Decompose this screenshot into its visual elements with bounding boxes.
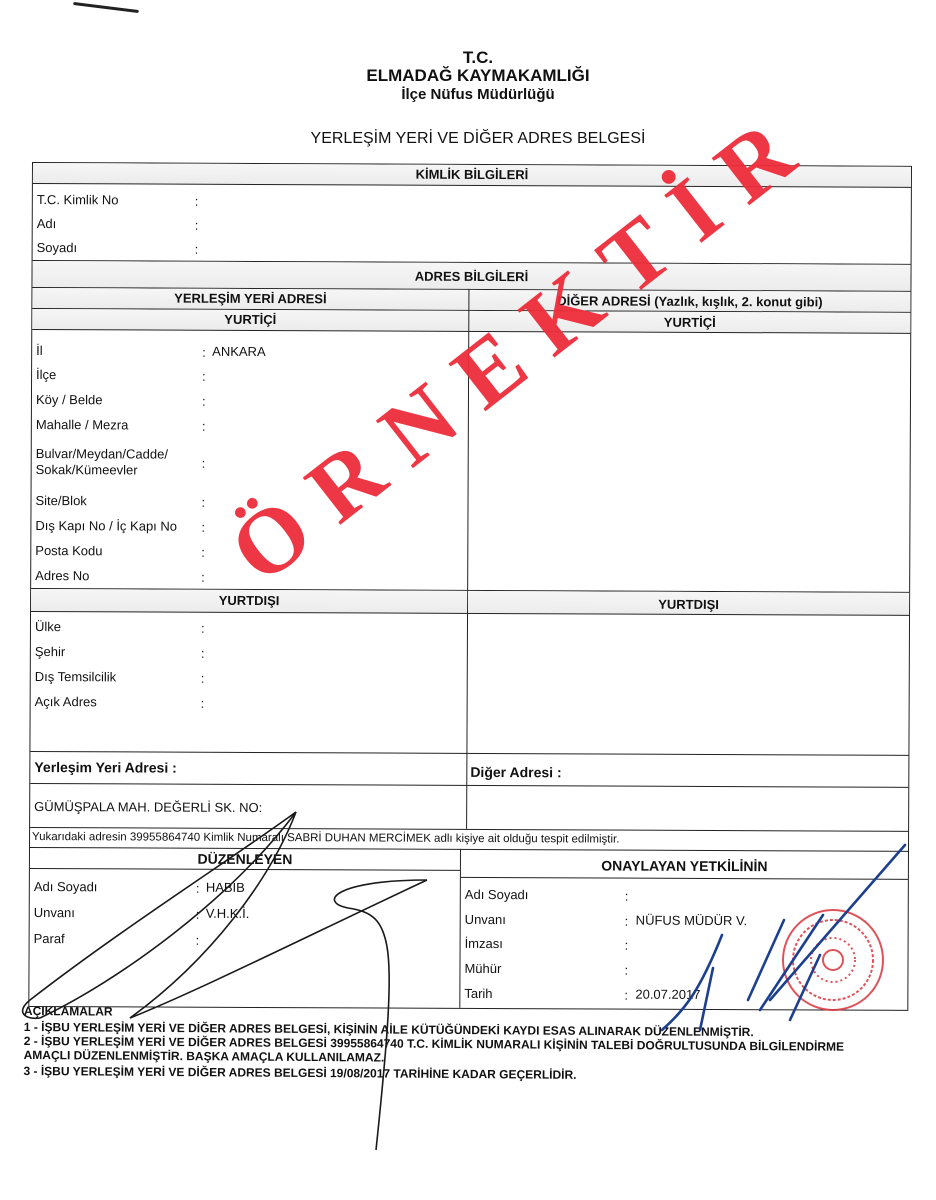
residence-domestic-title: YURTİÇİ [32,309,468,331]
colon: : [201,545,205,560]
prepared-by-title: DÜZENLEYEN [30,848,460,870]
colon: : [196,933,200,948]
colon: : [201,570,205,585]
residence-abroad-title: YURTDIŞI [31,589,467,613]
header-directorate: İlçe Nüfus Müdürlüğü [10,86,936,103]
domestic-field-value: ANKARA [212,344,266,359]
approved-field-label: Mühür [464,961,501,976]
abroad-field-label: Şehir [35,644,65,659]
other-address-label: Diğer Adresi : [470,764,561,780]
colon: : [625,889,629,904]
colon: : [201,495,205,510]
colon: : [201,621,205,636]
colon: : [202,419,206,434]
colon: : [625,938,629,953]
domestic-field-label: Mahalle / Mezra [36,417,129,432]
other-abroad-title: YURTDIŞI [468,591,909,615]
domestic-field-label: Köy / Belde [36,392,103,407]
approved-field-label: Unvanı [465,912,506,927]
address-section-title: ADRES BİLGİLERİ [32,261,910,291]
colon: : [195,218,199,233]
colon: : [196,881,200,896]
form-frame: KİMLİK BİLGİLERİ T.C. Kimlik No : Adı : … [28,162,912,1011]
approved-field-label: İmzası [465,936,503,951]
colon: : [202,456,206,471]
identity-label-surname: Soyadı [37,240,78,255]
domestic-field-label: Site/Blok [35,493,86,508]
domestic-field-label: Adres No [35,568,89,583]
colon: : [202,394,206,409]
colon: : [625,914,629,929]
colon: : [201,520,205,535]
approved-field-label: Tarih [464,986,492,1001]
notes-section: AÇIKLAMALAR 1 - İŞBU YERLEŞİM YERİ VE Dİ… [23,1004,903,1084]
approved-field-value: NÜFUS MÜDÜR V. [636,913,748,928]
prepared-field-value: V.H.K.İ. [206,906,250,921]
colon: : [201,646,205,661]
colon: : [201,696,205,711]
header-line-tc: T.C. [10,48,936,68]
residence-address-title: YERLEŞİM YERİ ADRESİ [32,288,468,310]
approved-field-value: 20.07.2017 [635,987,700,1002]
approved-by-title: ONAYLAYAN YETKİLİNİN [461,853,908,879]
colon: : [202,345,206,360]
approved-field-label: Adı Soyadı [465,887,529,902]
domestic-field-label: Bulvar/Meydan/Cadde/ [36,446,168,462]
abroad-field-label: Açık Adres [35,694,97,709]
prepared-field-label: Unvanı [34,905,75,920]
abroad-field-label: Dış Temsilcilik [35,669,116,684]
domestic-field-label: Posta Kodu [35,543,102,558]
colon: : [195,194,199,209]
prepared-field-label: Adı Soyadı [34,879,98,894]
domestic-field-label: İlçe [36,367,56,382]
domestic-field-label: İl [36,343,43,358]
abroad-field-label: Ülke [35,619,61,634]
prepared-field-value: HABİB [206,880,245,895]
colon: : [195,242,199,257]
identity-label-name: Adı [37,216,57,231]
prepared-field-label: Paraf [34,931,65,946]
colon: : [624,963,628,978]
scan-artifact [73,2,139,13]
colon: : [196,907,200,922]
domestic-field-label-line2: Sokak/Kümeevler [36,462,138,477]
colon: : [201,671,205,686]
colon: : [202,369,206,384]
residence-address-value: GÜMÜŞPALA MAH. DEĞERLİ SK. NO: [34,799,262,815]
confirmation-text: Yukarıdaki adresin 39955864740 Kimlik Nu… [32,831,619,846]
identity-label-tc: T.C. Kimlik No [37,192,119,207]
domestic-field-label: Dış Kapı No / İç Kapı No [35,518,177,534]
residence-address-label: Yerleşim Yeri Adresi : [34,759,176,776]
colon: : [624,988,628,1003]
header-governorship: ELMADAĞ KAYMAKAMLIĞI [10,66,936,86]
